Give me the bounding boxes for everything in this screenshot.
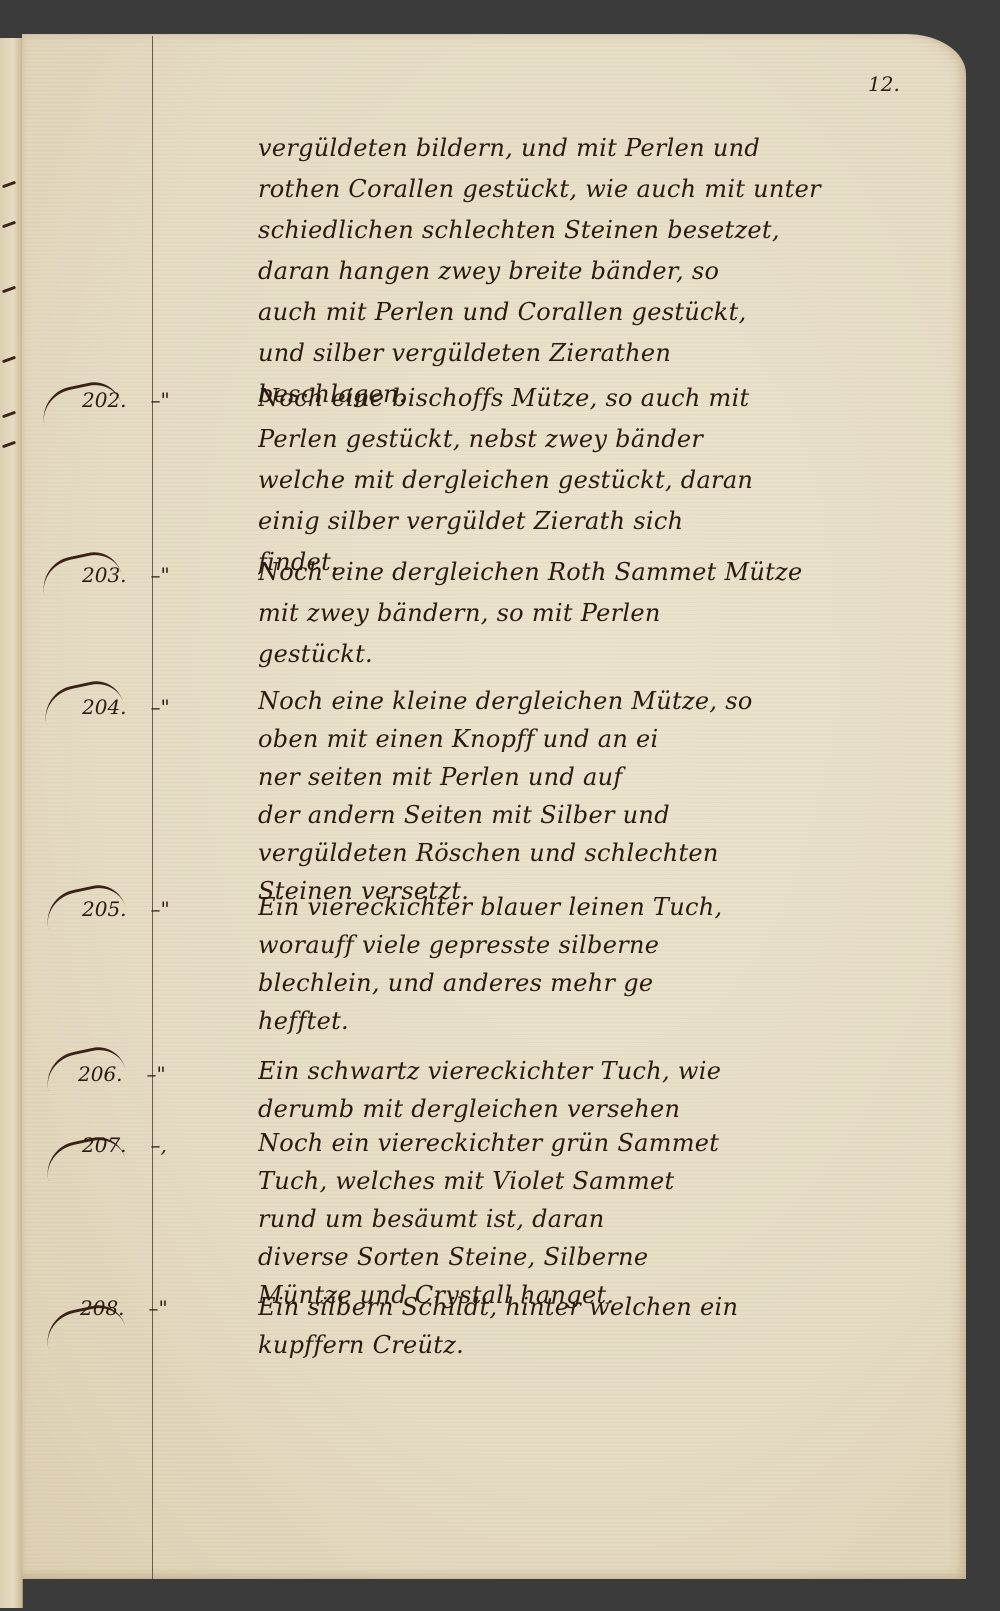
ink-mark [2, 221, 16, 229]
text-line: der andern Seiten mit Silber und [258, 796, 948, 834]
text-line: Perlen gestückt, nebst zwey bänder [258, 419, 948, 460]
text-line: Tuch, welches mit Violet Sammet [258, 1162, 948, 1200]
text-line: auch mit Perlen und Corallen gestückt, [258, 292, 948, 333]
entry-number-206: 206.–" [78, 1062, 166, 1086]
entry-number-203: 203.–" [82, 563, 170, 587]
text-line: welche mit dergleichen gestückt, daran [258, 460, 948, 501]
text-line: rund um besäumt ist, daran [258, 1200, 948, 1238]
text-line: oben mit einen Knopff und an ei [258, 720, 948, 758]
entry-207-text: Noch ein viereckichter grün Sammet Tuch,… [258, 1124, 948, 1314]
entry-number: 207. [82, 1133, 127, 1157]
entry-number: 206. [78, 1062, 123, 1086]
entry-number: 202. [82, 388, 127, 412]
text-line: und silber vergüldeten Zierathen [258, 333, 948, 374]
text-line: Ein schwartz viereckichter Tuch, wie [258, 1052, 948, 1090]
entry-204-text: Noch eine kleine dergleichen Mütze, so o… [258, 682, 948, 910]
text-line: derumb mit dergleichen versehen [258, 1090, 948, 1128]
text-line: Noch eine kleine dergleichen Mütze, so [258, 682, 948, 720]
text-line: rothen Corallen gestückt, wie auch mit u… [258, 169, 948, 210]
margin-rule [152, 36, 153, 1579]
text-line: worauff viele gepresste silberne [258, 926, 948, 964]
ditto-mark: –" [147, 1062, 166, 1086]
entry-203-text: Noch eine dergleichen Roth Sammet Mütze … [258, 552, 948, 675]
text-line: Ein viereckichter blauer leinen Tuch, [258, 888, 948, 926]
ditto-mark: –" [151, 897, 170, 921]
text-line: hefftet. [258, 1002, 948, 1040]
text-line: ner seiten mit Perlen und auf [258, 758, 948, 796]
entry-number: 204. [82, 695, 127, 719]
entry-number-204: 204.–" [82, 695, 170, 719]
ditto-mark: –" [149, 1296, 168, 1320]
entry-number: 205. [82, 897, 127, 921]
text-line: vergüldeten bildern, und mit Perlen und [258, 128, 948, 169]
entry-208-text: Ein silbern Schildt, hinter welchen ein … [258, 1288, 948, 1364]
text-line: daran hangen zwey breite bänder, so [258, 251, 948, 292]
continuation-paragraph: vergüldeten bildern, und mit Perlen und … [258, 128, 948, 415]
text-line: blechlein, und anderes mehr ge [258, 964, 948, 1002]
entry-205-text: Ein viereckichter blauer leinen Tuch, wo… [258, 888, 948, 1040]
ink-mark [2, 411, 16, 419]
entry-206-text: Ein schwartz viereckichter Tuch, wie der… [258, 1052, 948, 1128]
text-line: diverse Sorten Steine, Silberne [258, 1238, 948, 1276]
text-line: vergüldeten Röschen und schlechten [258, 834, 948, 872]
entry-number: 203. [82, 563, 127, 587]
ink-mark [2, 181, 16, 189]
text-line: kupffern Creütz. [258, 1326, 948, 1364]
text-line: Noch eine bischoffs Mütze, so auch mit [258, 378, 948, 419]
ditto-mark: –" [151, 563, 170, 587]
text-line: Ein silbern Schildt, hinter welchen ein [258, 1288, 948, 1326]
ink-mark [2, 286, 16, 294]
text-line: Noch ein viereckichter grün Sammet [258, 1124, 948, 1162]
ditto-mark: –" [151, 388, 170, 412]
ditto-mark: –, [151, 1133, 167, 1157]
entry-number: 208. [80, 1296, 125, 1320]
text-line: einig silber vergüldet Zierath sich [258, 501, 948, 542]
text-line: Noch eine dergleichen Roth Sammet Mütze [258, 552, 948, 593]
entry-number-202: 202.–" [82, 388, 170, 412]
text-line: mit zwey bändern, so mit Perlen [258, 593, 948, 634]
page-number: 12. [868, 72, 900, 96]
facing-page-edge [0, 38, 23, 1608]
entry-number-208: 208.–" [80, 1296, 168, 1320]
ink-mark [2, 441, 16, 449]
text-line: gestückt. [258, 634, 948, 675]
ditto-mark: –" [151, 695, 170, 719]
ink-mark [2, 356, 16, 364]
entry-number-207: 207.–, [82, 1133, 167, 1157]
entry-number-205: 205.–" [82, 897, 170, 921]
text-line: schiedlichen schlechten Steinen besetzet… [258, 210, 948, 251]
